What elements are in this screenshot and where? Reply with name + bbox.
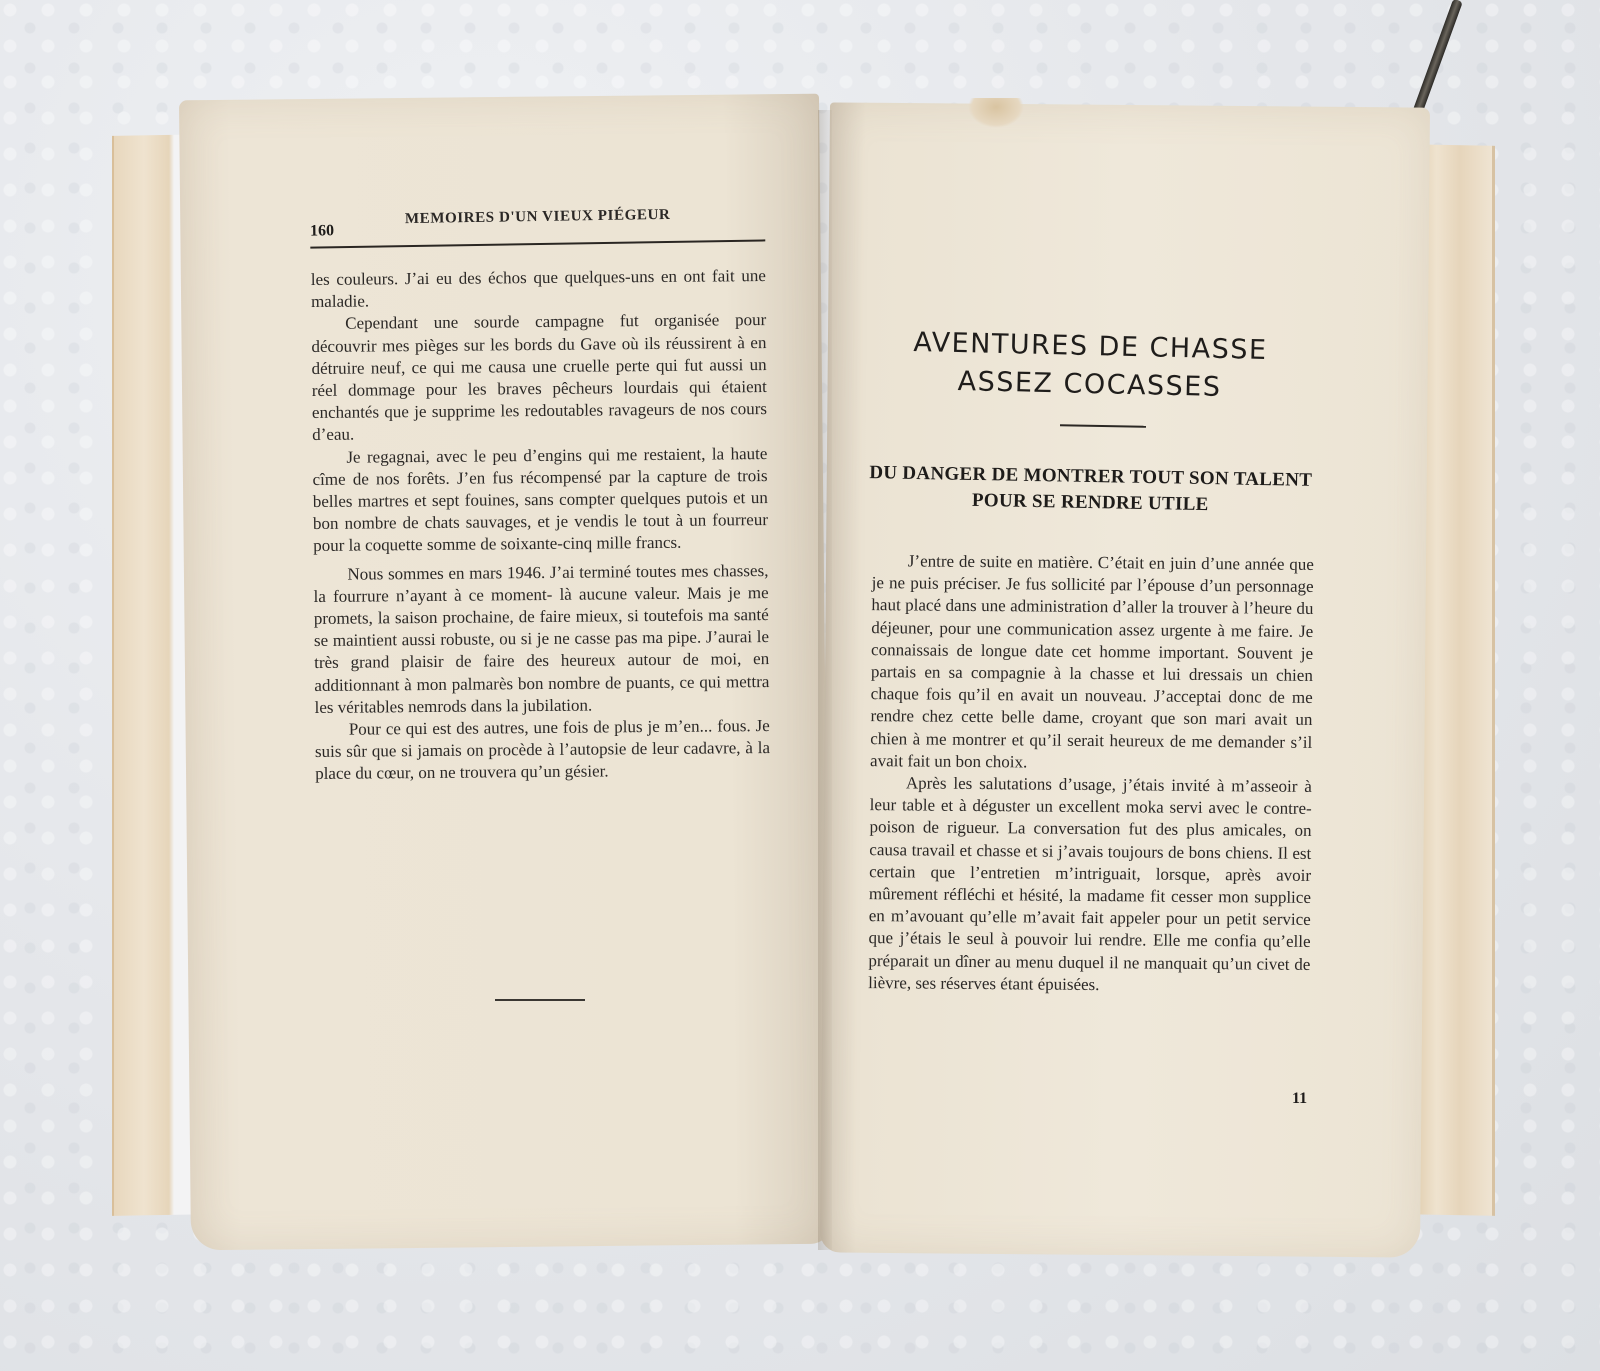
chapter-title: AVENTURES DE CHASSE ASSEZ COCASSES (879, 323, 1301, 409)
book-gutter (818, 110, 832, 1250)
paragraph: les couleurs. J’ai eu des échos que quel… (311, 265, 766, 313)
running-head: 160 MEMOIRES D'UN VIEUX PIÉGEUR (310, 201, 766, 248)
paragraph: Cependant une sourde campagne fut organi… (311, 309, 767, 446)
page-number-right: 11 (1292, 1090, 1307, 1108)
paragraph: J’entre de suite en matière. C’était en … (870, 550, 1314, 776)
page-number-left: 160 (310, 222, 334, 240)
right-page-body: J’entre de suite en matière. C’était en … (868, 550, 1314, 998)
chapter-end-rule (495, 999, 585, 1001)
left-page-body: les couleurs. J’ai eu des échos que quel… (311, 265, 770, 786)
torn-page-corner (968, 98, 1024, 128)
paragraph: Je regagnai, avec le peu d’engins qui me… (312, 443, 768, 558)
running-title: MEMOIRES D'UN VIEUX PIÉGEUR (405, 207, 671, 228)
paragraph: Pour ce qui est des autres, une fois de … (315, 715, 771, 786)
section-title: DU DANGER DE MONTRER TOUT SON TALENT POU… (868, 460, 1314, 520)
paragraph: Après les salutations d’usage, j’étais i… (868, 772, 1312, 998)
paragraph: Nous sommes en mars 1946. J’ai terminé t… (313, 560, 769, 719)
